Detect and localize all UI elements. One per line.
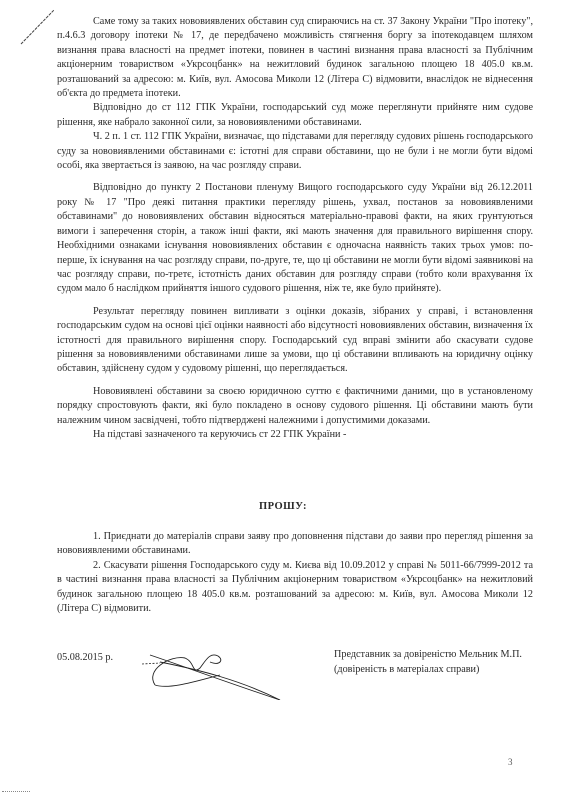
handwritten-signature-icon [140,650,290,700]
scan-artifact-divider [2,791,30,792]
paragraph-3: Ч. 2 п. 1 ст. 112 ГПК України, визначає,… [57,130,533,173]
document-page: Саме тому за таких нововиявлених обстави… [0,0,566,800]
document-body: Саме тому за таких нововиявлених обстави… [57,15,533,442]
request-heading: ПРОШУ: [0,501,566,512]
signatory-note: (довіреність в матеріалах справи) [334,663,522,678]
request-item-2: 2. Скасувати рішення Господарського суду… [57,559,533,617]
paragraph-2: Відповідно до ст 112 ГПК України, господ… [57,101,533,130]
signature-date: 05.08.2015 р. [57,652,113,663]
paragraph-6: Нововиявлені обставини за своєю юридично… [57,385,533,428]
request-list: 1. Приєднати до матеріалів справи заяву … [57,530,533,616]
paragraph-7: На підставі зазначеного та керуючись ст … [57,428,533,442]
margin-slash-mark-icon [18,6,58,46]
page-number: 3 [508,757,513,767]
request-item-1: 1. Приєднати до матеріалів справи заяву … [57,530,533,559]
paragraph-5: Результат перегляду повинен випливати з … [57,305,533,377]
paragraph-4: Відповідно до пункту 2 Постанови пленуму… [57,181,533,296]
paragraph-1: Саме тому за таких нововиявлених обстави… [57,15,533,101]
signatory-block: Представник за довіреністю Мельник М.П. … [334,648,522,677]
signatory-name: Представник за довіреністю Мельник М.П. [334,648,522,663]
